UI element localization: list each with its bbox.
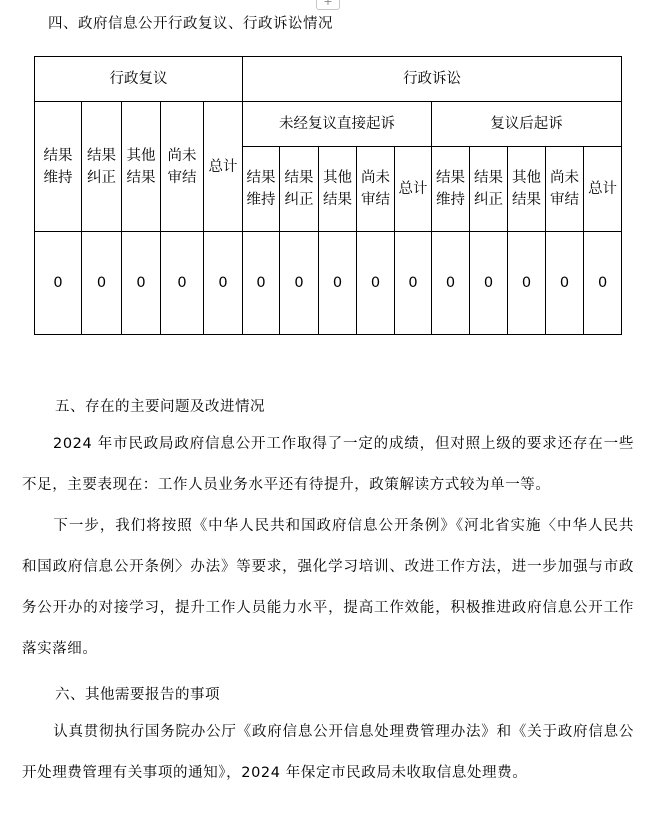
value-cell: 0	[280, 232, 319, 335]
value-cell: 0	[122, 232, 161, 335]
direct-col-maintained: 结果维持	[243, 147, 280, 232]
value-cell: 0	[395, 232, 432, 335]
direct-col-other: 其他结果	[319, 147, 357, 232]
after-col-other: 其他结果	[508, 147, 546, 232]
value-cell: 0	[584, 232, 622, 335]
value-cell: 0	[82, 232, 122, 335]
review-col-other: 其他结果	[122, 102, 161, 232]
review-col-pending: 尚未审结	[161, 102, 204, 232]
value-cell: 0	[357, 232, 395, 335]
section6-paragraph-1: 认真贯彻执行国务院办公厅《政府信息公开信息处理费管理办法》和《关于政府信息公开处…	[22, 712, 634, 794]
section5-paragraph-1: 2024 年市民政局政府信息公开工作取得了一定的成绩，但对照上级的要求还存在一些…	[22, 424, 634, 506]
direct-col-total: 总计	[395, 147, 432, 232]
after-col-pending: 尚未审结	[546, 147, 584, 232]
section4-title: 四、政府信息公开行政复议、行政诉讼情况	[48, 12, 333, 33]
section5-title: 五、存在的主要问题及改进情况	[55, 395, 265, 416]
section6-title: 六、其他需要报告的事项	[55, 683, 220, 704]
value-cell: 0	[470, 232, 508, 335]
review-col-corrected: 结果纠正	[82, 102, 122, 232]
direct-col-pending: 尚未审结	[357, 147, 395, 232]
value-cell: 0	[204, 232, 243, 335]
after-col-total: 总计	[584, 147, 622, 232]
after-col-maintained: 结果维持	[432, 147, 470, 232]
value-cell: 0	[243, 232, 280, 335]
header-admin-review: 行政复议	[35, 57, 243, 102]
add-row-handle[interactable]: +	[316, 0, 340, 10]
header-admin-litigation: 行政诉讼	[243, 57, 622, 102]
value-cell: 0	[546, 232, 584, 335]
review-col-maintained: 结果维持	[35, 102, 82, 232]
review-litigation-table: 行政复议 行政诉讼 结果维持 结果纠正 其他结果 尚未审结 总计 未经复议直接起…	[34, 56, 622, 335]
header-direct-litigation: 未经复议直接起诉	[243, 102, 432, 147]
after-col-corrected: 结果纠正	[470, 147, 508, 232]
review-col-total: 总计	[204, 102, 243, 232]
value-cell: 0	[319, 232, 357, 335]
direct-col-corrected: 结果纠正	[280, 147, 319, 232]
value-cell: 0	[35, 232, 82, 335]
value-cell: 0	[508, 232, 546, 335]
value-cell: 0	[432, 232, 470, 335]
value-cell: 0	[161, 232, 204, 335]
table-row: 0 0 0 0 0 0 0 0 0 0 0 0 0 0 0	[35, 232, 622, 335]
section5-paragraph-2: 下一步，我们将按照《中华人民共和国政府信息公开条例》《河北省实施〈中华人民共和国…	[22, 506, 634, 670]
header-after-review-litigation: 复议后起诉	[432, 102, 622, 147]
